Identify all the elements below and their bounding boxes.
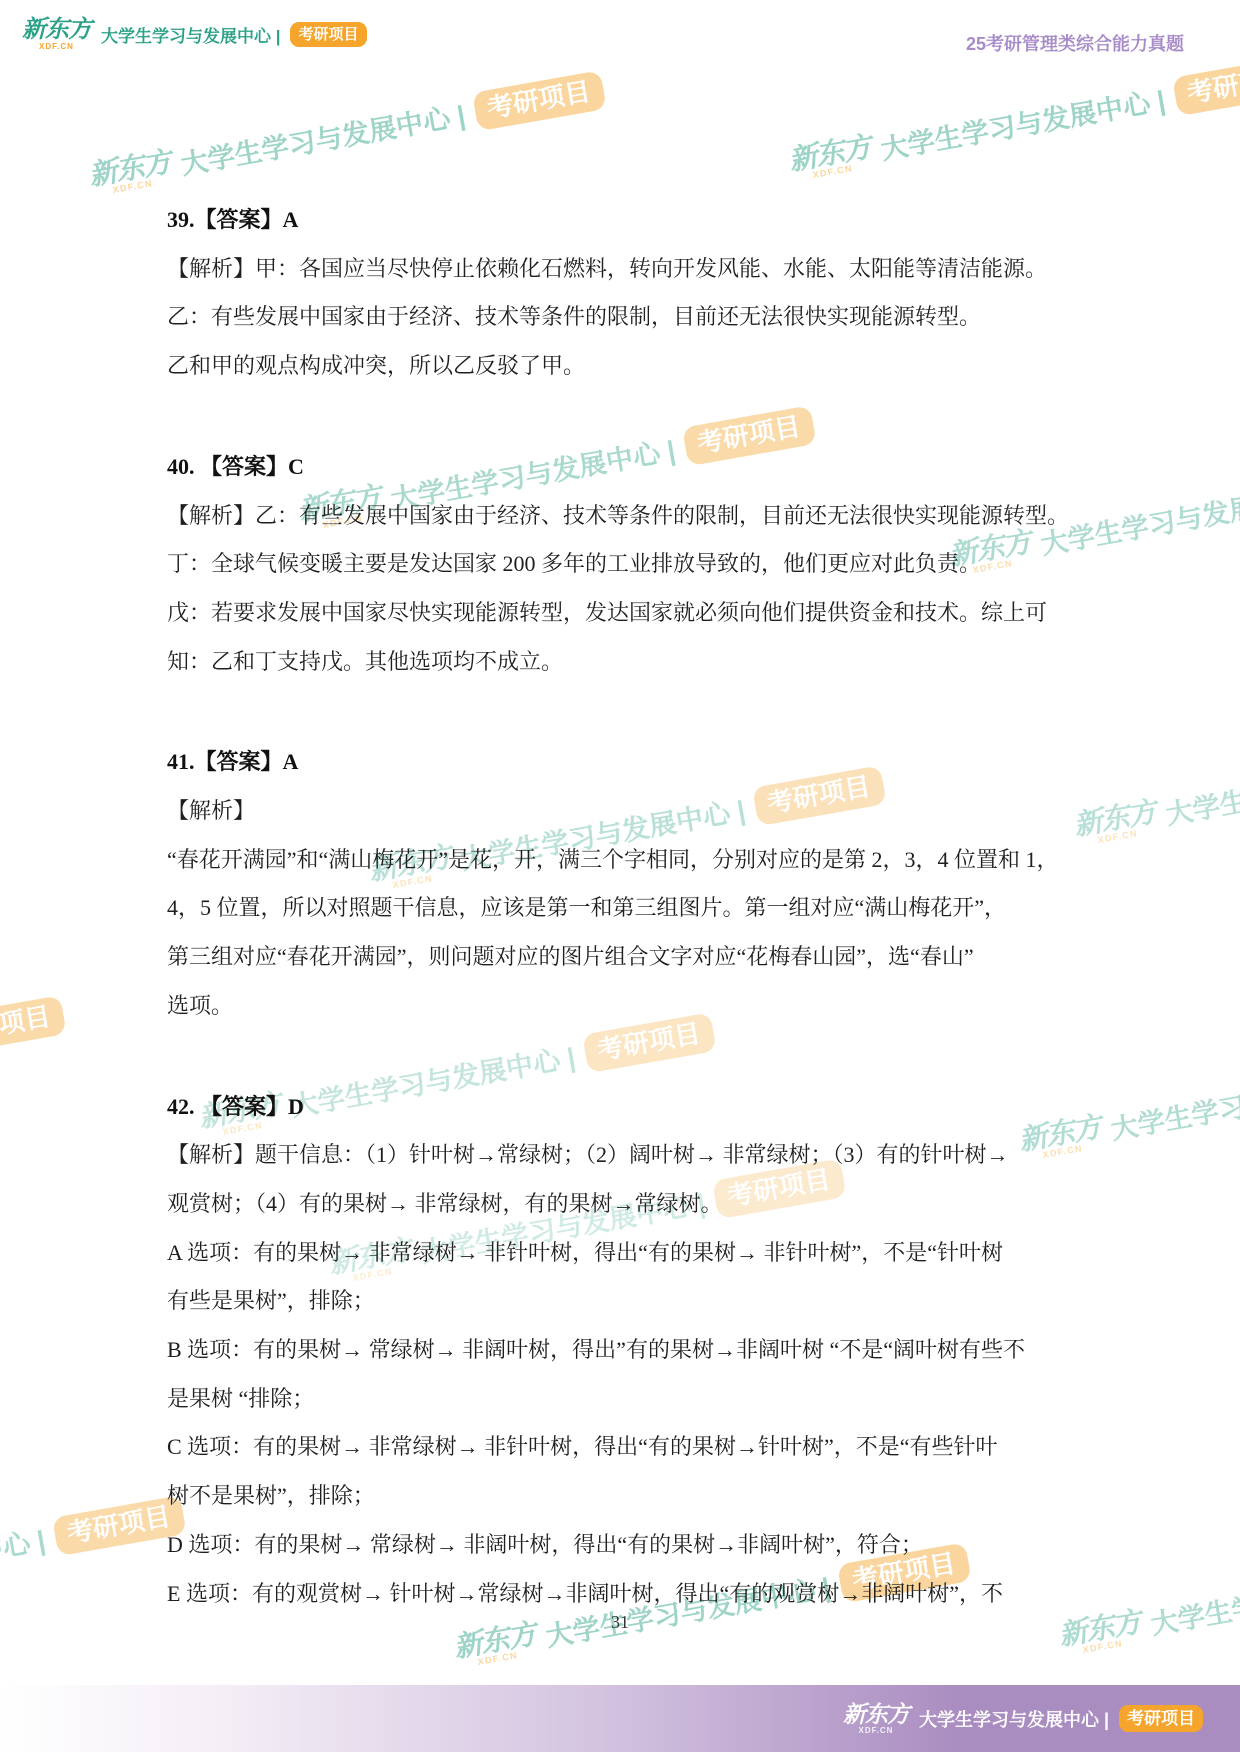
explanation-line: 【解析】 [167,787,1090,836]
explanation-line: 丁：全球气候变暖主要是发达国家 200 多年的工业排放导致的，他们更应对此负责。 [167,540,1090,589]
footer-kaoyan-project-badge: 考研项目 [1119,1705,1203,1732]
watermark-logo-subtext: XDF.CN [1097,829,1139,845]
explanation-line: 观赏树；（4）有的果树→ 非常绿树，有的果树→常绿树。 [167,1180,1090,1229]
explanation-line: 是果树 “排除； [167,1375,1090,1424]
explanation-line: 乙和甲的观点构成冲突，所以乙反驳了甲。 [167,342,1090,391]
answer-section: 42. 【答案】D【解析】题干信息：（1）针叶树→常绿树；（2）阔叶树→ 非常绿… [167,1083,1090,1619]
answer-section: 41.【答案】A【解析】“春花开满园”和“满山梅花开”是花，开，满三个字相同，分… [167,738,1090,1030]
watermark-org-title: 大学生学习与发展中心 | [878,80,1169,168]
explanation-line: 4，5 位置，所以对照题干信息，应该是第一和第三组图片。第一组对应“满山梅花开”… [167,884,1090,933]
page-number: 31 [0,1612,1240,1633]
answers: 39.【答案】A【解析】甲：各国应当尽快停止依赖化石燃料，转向开发风能、水能、太… [167,196,1090,1670]
explanation-line: 戊：若要求发展中国家尽快实现能源转型，发达国家就必须向他们提供资金和技术。综上可 [167,589,1090,638]
watermark-logo-subtext: XDF.CN [812,164,854,180]
explanation-line: B 选项：有的果树→ 常绿树→ 非阔叶树，得出”有的果树→非阔叶树 “不是“阔叶… [167,1326,1090,1375]
brand-watermark: 新东方XDF.CN大学生学习与发展中心 |考研项目 [1072,720,1240,849]
answer-heading: 39.【答案】A [167,196,1090,245]
page-footer: 新东方 XDF.CN 大学生学习与发展中心 | 考研项目 [0,1685,1240,1752]
answer-heading: 41.【答案】A [167,738,1090,787]
watermark-org-title: 大学生学习与发展中心 | [0,1520,48,1608]
watermark-logo-icon: 新东方XDF.CN [787,132,874,183]
footer-logo-text: 新东方 [843,1703,909,1726]
explanation-line: E 选项：有的观赏树→ 针叶树→常绿树→非阔叶树，得出“有的观赏树→非阔叶树”，… [167,1570,1090,1619]
footer-logo-subtext: XDF.CN [859,1727,894,1735]
watermark-org-title: 大学生学习与发展中心 | [178,95,469,183]
xdf-logo-icon: 新东方 XDF.CN [22,18,91,51]
brand-watermark: 新东方XDF.CN大学生学习与发展中心 |考研项目 [0,995,66,1124]
answer-heading: 40. 【答案】C [167,443,1090,492]
watermark-kaoyan-badge: 考研项目 [472,70,607,131]
answer-section: 39.【答案】A【解析】甲：各国应当尽快停止依赖化石燃料，转向开发风能、水能、太… [167,196,1090,391]
explanation-line: 知：乙和丁支持戊。其他选项均不成立。 [167,638,1090,687]
watermark-kaoyan-badge: 考研项目 [0,995,66,1056]
org-title: 大学生学习与发展中心 | [101,22,280,47]
watermark-org-title: 大学生学习与发展中心 | [1108,1060,1240,1148]
explanation-line: 树不是果树”，排除； [167,1472,1090,1521]
logo-subtext: XDF.CN [39,43,74,51]
explanation-line: 第三组对应“春花开满园”，则问题对应的图片组合文字对应“花梅春山园”，选“春山” [167,933,1090,982]
explanation-line: A 选项：有的果树→ 非常绿树→ 非针叶树，得出“有的果树→ 非针叶树”，不是“… [167,1229,1090,1278]
logo-text: 新东方 [22,18,91,42]
brand-watermark: 新东方XDF.CN大学生学习与发展中心 |考研项目 [787,55,1240,184]
explanation-line: D 选项：有的果树→ 常绿树→ 非阔叶树，得出“有的果树→非阔叶树”，符合； [167,1521,1090,1570]
explanation-line: 有些是果树”，排除； [167,1277,1090,1326]
document-page: 新东方XDF.CN大学生学习与发展中心 |考研项目新东方XDF.CN大学生学习与… [0,0,1240,1752]
footer-org-title: 大学生学习与发展中心 | [919,1706,1109,1732]
explanation-line: “春花开满园”和“满山梅花开”是花，开，满三个字相同，分别对应的是第 2，3，4… [167,836,1090,885]
explanation-line: 【解析】乙：有些发展中国家由于经济、技术等条件的限制，目前还无法很快实现能源转型… [167,492,1090,541]
footer-xdf-logo-icon: 新东方 XDF.CN [843,1703,909,1735]
watermark-logo-text: 新东方 [787,132,873,174]
exam-title: 25考研管理类综合能力真题 [966,30,1184,56]
answer-section: 40. 【答案】C【解析】乙：有些发展中国家由于经济、技术等条件的限制，目前还无… [167,443,1090,687]
watermark-org-title: 大学生学习与发展中心 | [1163,745,1240,833]
brand-watermark: 新东方XDF.CN大学生学习与发展中心 |考研项目 [0,1495,186,1624]
explanation-line: 【解析】题干信息：（1）针叶树→常绿树；（2）阔叶树→ 非常绿树；（3）有的针叶… [167,1131,1090,1180]
explanation-line: 乙：有些发展中国家由于经济、技术等条件的限制，目前还无法很快实现能源转型。 [167,293,1090,342]
watermark-logo-subtext: XDF.CN [112,179,154,195]
explanation-line: 选项。 [167,982,1090,1031]
watermark-logo-icon: 新东方XDF.CN [87,147,174,198]
header-brand: 新东方 XDF.CN 大学生学习与发展中心 | 考研项目 [22,18,367,51]
watermark-logo-text: 新东方 [87,147,173,189]
answer-heading: 42. 【答案】D [167,1083,1090,1132]
explanation-line: C 选项：有的果树→ 非常绿树→ 非针叶树，得出“有的果树→针叶树”，不是“有些… [167,1423,1090,1472]
explanation-line: 【解析】甲：各国应当尽快停止依赖化石燃料，转向开发风能、水能、太阳能等清洁能源。 [167,245,1090,294]
brand-watermark: 新东方XDF.CN大学生学习与发展中心 |考研项目 [87,70,607,199]
kaoyan-project-badge: 考研项目 [290,22,366,47]
page-header: 新东方 XDF.CN 大学生学习与发展中心 | 考研项目 25考研管理类综合能力… [0,0,1240,72]
